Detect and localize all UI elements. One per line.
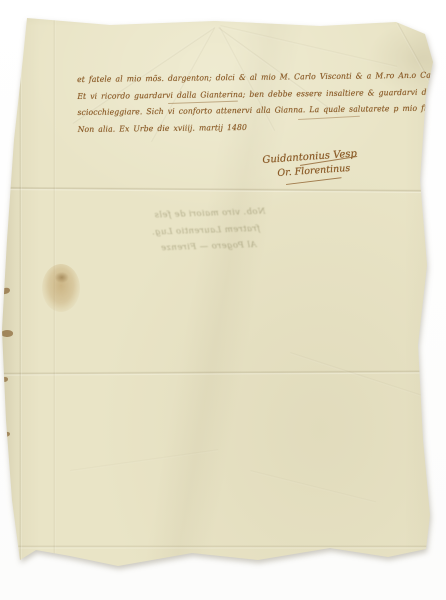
ink-bleed-speck: [2, 557, 19, 565]
fold-crease-horizontal-middle: [0, 370, 446, 376]
ink-bleed-speck: [0, 472, 8, 477]
verso-address-showthrough: Nob. viro maiori de fels fratrem Laurent…: [129, 204, 267, 258]
ink-bleed-speck: [0, 377, 8, 382]
ink-stain: [42, 264, 80, 312]
showthrough-line: Al Pogero — Firenze: [130, 237, 256, 258]
manuscript-photo: et fatele al mio mõs. dargenton; dolci &…: [0, 0, 446, 600]
manuscript-paper-sheet: et fatele al mio mõs. dargenton; dolci &…: [0, 0, 446, 600]
ink-bleed-speck: [1, 329, 14, 337]
fold-crease-vertical-left: [19, 0, 22, 600]
manuscript-line-dateline: Non alia. Ex Urbe die xviiij. martij 148…: [78, 117, 446, 138]
letter-text-block: et fatele al mio mõs. dargenton; dolci &…: [77, 67, 446, 138]
ink-bleed-speck: [0, 540, 14, 548]
paper-shadow-wrap: et fatele al mio mõs. dargenton; dolci &…: [0, 0, 446, 600]
diagonal-crease: [290, 352, 424, 397]
ink-bleed-speck: [2, 511, 12, 517]
ink-bleed-speck: [1, 432, 10, 438]
fold-crease-horizontal-bottom: [0, 545, 446, 549]
fold-crease-horizontal-upper: [0, 186, 446, 193]
ink-bleed-speck: [0, 287, 10, 294]
diagonal-crease: [70, 449, 219, 472]
diagonal-crease: [250, 470, 377, 503]
